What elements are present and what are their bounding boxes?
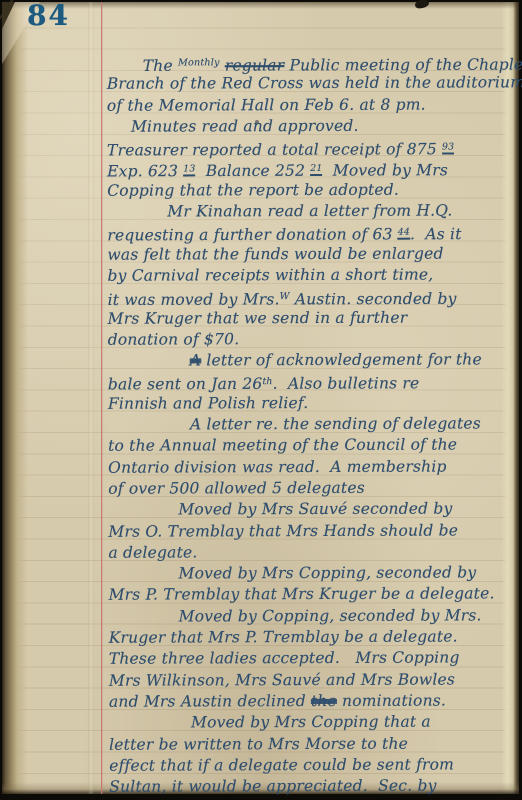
manuscript-line: effect that if a delegate could be sent … [107, 754, 520, 777]
ink-speck-top [414, 0, 430, 10]
manuscript-line: Sultan, it would be appreciated. Sec. by [107, 775, 520, 798]
ledger-photo: 84 The Monthly regular Public meeting of… [0, 0, 522, 800]
manuscript-line: These three ladies accepted. Mrs Copping [107, 648, 520, 671]
manuscript-line: Mrs Kruger that we send in a further [106, 307, 519, 330]
manuscript-line: Mrs O. Tremblay that Mrs Hands should be [106, 520, 519, 543]
manuscript-segment: Public meeting of the Chapleau [284, 55, 522, 74]
manuscript-line: a delegate. [106, 541, 519, 564]
manuscript-segment-supu: 13 [183, 164, 195, 177]
manuscript-line: A letter re. the sending of delegates [106, 413, 519, 436]
manuscript-line: Kruger that Mrs P. Tremblay be a delegat… [107, 626, 520, 649]
manuscript-line: to the Annual meeting of the Council of … [106, 435, 519, 458]
manuscript-segment: nominations. [337, 691, 446, 709]
manuscript-segment: Sultan, it would be appreciated. Sec. by [109, 777, 436, 796]
manuscript-segment: . As it [410, 225, 462, 243]
manuscript-segment: Mrs O. Tremblay that Mrs Hands should be [108, 521, 458, 540]
manuscript-line: Minutes read and approved. [105, 115, 518, 138]
manuscript-segment: A letter re. the sending of delegates [190, 414, 481, 433]
manuscript-segment-supu: 21 [310, 163, 322, 176]
manuscript-line: by Carnival receipts within a short time… [105, 264, 518, 287]
manuscript-segment: These three ladies accepted. Mrs Copping [109, 649, 460, 668]
manuscript-segment: letter be written to Mrs Morse to the [109, 734, 408, 753]
manuscript-line: donation of $70. [106, 328, 519, 351]
manuscript-line: letter be written to Mrs Morse to the [107, 733, 520, 756]
manuscript-segment: Treasurer reported a total receipt of 87… [107, 140, 442, 159]
manuscript-segment: Exp. 623 [107, 163, 183, 181]
manuscript-line: Exp. 623 13 Balance 252 21 Moved by Mrs [105, 158, 518, 181]
manuscript-segment-scribble: the [311, 692, 337, 710]
manuscript-segment-supu: 93 [442, 142, 454, 155]
manuscript-segment: Mrs Kruger that we send in a further [108, 308, 408, 327]
page-number: 84 [27, 0, 70, 32]
manuscript-line: of the Memorial Hall on Feb 6. at 8 pm. [105, 94, 518, 117]
manuscript-segment: Mrs P. Tremblay that Mrs Kruger be a del… [109, 585, 495, 604]
manuscript-line: Ontario division was read. A membership [106, 456, 519, 479]
manuscript-line: was felt that the funds would be enlarge… [105, 243, 518, 266]
manuscript-segment: Branch of the Red Cross was held in the … [107, 74, 522, 93]
manuscript-line: Copping that the report be adopted. [105, 179, 518, 202]
manuscript-segment: a delegate. [108, 543, 197, 561]
manuscript-line: requesting a further donation of 63 44. … [105, 222, 518, 245]
manuscript-segment: Minutes read and approved. [131, 117, 359, 136]
manuscript-segment: Kruger that Mrs P. Tremblay be a delegat… [109, 628, 458, 647]
ledger-page: 84 The Monthly regular Public meeting of… [2, 2, 519, 794]
manuscript-line: Mrs Wilkinson, Mrs Sauvé and Mrs Bowles [107, 669, 520, 692]
manuscript-segment: Balance 252 [195, 162, 310, 180]
red-margin-rule [101, 2, 102, 794]
manuscript-segment-scribble: A [190, 352, 201, 370]
manuscript-segment: Finnish and Polish relief. [108, 394, 309, 413]
manuscript-line: A letter of acknowledgement for the [106, 349, 519, 372]
manuscript-segment-sup-ins: Monthly [178, 57, 220, 68]
manuscript-segment: requesting a further donation of 63 [107, 226, 397, 245]
manuscript-segment: Moved by Mrs Copping that a [191, 713, 431, 732]
manuscript-segment: donation of $70. [108, 330, 240, 348]
manuscript-segment: letter of acknowledgement for the [201, 351, 482, 370]
manuscript-line: of over 500 allowed 5 delegates [106, 477, 519, 500]
manuscript-segment: Mr Kinahan read a letter from H.Q. [167, 202, 452, 221]
manuscript-line: Treasurer reported a total receipt of 87… [105, 136, 518, 159]
manuscript-line: Mrs P. Tremblay that Mrs Kruger be a del… [107, 584, 520, 607]
manuscript-line: The Monthly regular Public meeting of th… [105, 51, 518, 74]
manuscript-line: Moved by Copping, seconded by Mrs. [107, 605, 520, 628]
manuscript-segment: Mrs Wilkinson, Mrs Sauvé and Mrs Bowles [109, 670, 455, 689]
manuscript-line: Moved by Mrs Copping that a [107, 711, 520, 734]
fold-crease-line [0, 0, 29, 28]
manuscript-text: The Monthly regular Public meeting of th… [105, 51, 521, 798]
manuscript-line: Moved by Mrs Sauvé seconded by [106, 499, 519, 522]
manuscript-line: bale sent on Jan 26th. Also bulletins re [106, 371, 519, 394]
manuscript-segment: Moved by Mrs [322, 162, 448, 180]
manuscript-segment: Copping that the report be adopted. [107, 180, 399, 199]
manuscript-segment-strike: regular [225, 56, 285, 74]
manuscript-segment: bale sent on Jan 26 [108, 375, 263, 394]
manuscript-segment-supu: 44 [398, 227, 410, 240]
manuscript-segment: Austin. seconded by [290, 290, 457, 309]
manuscript-segment: Moved by Mrs Sauvé seconded by [178, 500, 452, 519]
manuscript-line: it was moved by Mrs.W Austin. seconded b… [106, 286, 519, 309]
manuscript-line: and Mrs Austin declined the nominations. [107, 690, 520, 713]
manuscript-segment: and Mrs Austin declined [109, 692, 311, 711]
manuscript-segment: The [143, 57, 178, 75]
manuscript-segment: Moved by Mrs Copping, seconded by [178, 564, 476, 583]
manuscript-line: Branch of the Red Cross was held in the … [105, 73, 518, 96]
manuscript-segment: by Carnival receipts within a short time… [107, 266, 433, 285]
manuscript-segment: Ontario division was read. A membership [108, 457, 447, 476]
manuscript-segment: to the Annual meeting of the Council of … [108, 436, 457, 455]
manuscript-segment: it was moved by Mrs. [108, 291, 280, 310]
manuscript-line: Mr Kinahan read a letter from H.Q. [105, 200, 518, 223]
manuscript-segment-sup-ins: W [280, 291, 290, 302]
manuscript-segment: . Also bulletins re [273, 375, 420, 394]
gutter-crease [88, 2, 94, 794]
manuscript-segment: of the Memorial Hall on Feb 6. at 8 pm. [107, 95, 426, 114]
manuscript-segment-sup: th [262, 377, 272, 388]
manuscript-segment: of over 500 allowed 5 delegates [108, 479, 365, 498]
manuscript-segment: was felt that the funds would be enlarge… [107, 244, 443, 263]
manuscript-segment: effect that if a delegate could be sent … [109, 755, 454, 774]
manuscript-segment: Moved by Copping, seconded by Mrs. [179, 606, 482, 625]
manuscript-line: Finnish and Polish relief. [106, 392, 519, 415]
manuscript-line: Moved by Mrs Copping, seconded by [106, 562, 519, 585]
